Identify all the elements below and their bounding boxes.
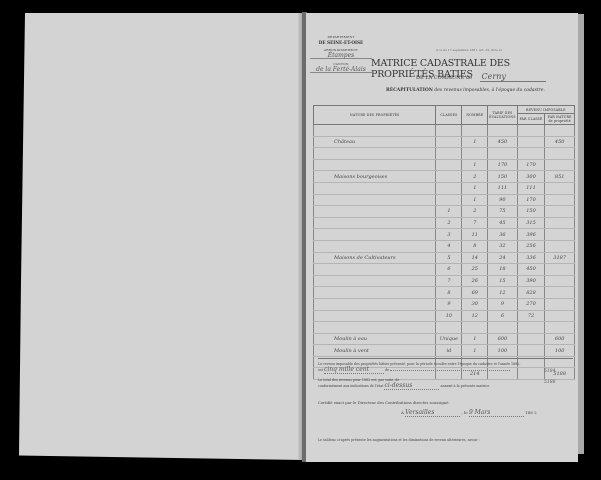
canton-value: de la Ferté-Alais <box>310 67 372 73</box>
cell-tarif: 170 <box>488 159 518 171</box>
cell-tarif: 32 <box>488 240 518 252</box>
cell-classe: 3 <box>436 229 462 241</box>
cell-nature <box>314 310 436 322</box>
cell-classe <box>436 136 462 148</box>
cell-nombre: 14 <box>462 252 488 264</box>
table-row: 1111111 <box>314 182 575 194</box>
cell-par-nature <box>545 182 575 194</box>
cell-tarif: 150 <box>488 171 518 183</box>
cell-nombre: 2 <box>462 206 488 218</box>
cell-par-nature: 100 <box>545 345 575 357</box>
col-tarif: TARIF DES ÉVALUATIONS <box>488 106 518 125</box>
cell-classe: 5 <box>436 252 462 264</box>
cell-par-classe <box>517 148 545 160</box>
cell-tarif: 6 <box>488 310 518 322</box>
cell-tarif <box>488 322 518 334</box>
cell-par-classe: 315 <box>517 217 545 229</box>
value-2: 5188 <box>544 380 555 385</box>
cell-par-classe: 396 <box>517 229 545 241</box>
cell-classe <box>436 125 462 137</box>
cell-par-nature <box>545 322 575 334</box>
table-row: 62518450 <box>314 264 575 276</box>
cell-nature <box>314 194 436 206</box>
cell-classe: 6 <box>436 264 462 276</box>
place-value: Versailles <box>405 409 460 417</box>
cell-par-nature <box>545 229 575 241</box>
cell-tarif: 18 <box>488 264 518 276</box>
cell-par-nature <box>545 240 575 252</box>
cell-nombre: 26 <box>462 275 488 287</box>
value-1: 5184 <box>544 369 555 374</box>
recap-bold: RÉCAPITULATION <box>386 88 433 93</box>
commune-value: Cerny <box>480 72 546 82</box>
cell-par-classe: 270 <box>517 298 545 310</box>
table-row <box>314 148 575 160</box>
cell-par-classe: 111 <box>517 182 545 194</box>
cell-par-nature <box>545 159 575 171</box>
cell-tarif: 75 <box>488 206 518 218</box>
cell-nature: Château <box>314 136 436 148</box>
right-page: DÉPARTEMENT DE SEINE-ET-OISE ARRONDISSEM… <box>306 13 578 468</box>
cell-par-classe <box>517 136 545 148</box>
cell-par-nature <box>545 275 575 287</box>
year-value: 188 2 <box>525 410 536 415</box>
cell-classe <box>436 171 462 183</box>
recap-table: NATURE DES PROPRIÉTÉS CLASSES NOMBRE TAR… <box>313 105 575 380</box>
cell-par-classe <box>517 345 545 357</box>
dotted-leader <box>390 370 510 371</box>
col-nature: NATURE DES PROPRIÉTÉS <box>314 106 436 125</box>
cell-par-nature <box>545 298 575 310</box>
cell-tarif: 36 <box>488 229 518 241</box>
cell-classe: id <box>436 345 462 357</box>
cell-par-classe: 150 <box>517 206 545 218</box>
cell-tarif: 45 <box>488 217 518 229</box>
cell-par-nature: 3187 <box>545 252 575 264</box>
cell-classe: 8 <box>436 287 462 299</box>
cell-nature <box>314 298 436 310</box>
cell-classe: 9 <box>436 298 462 310</box>
footer-note: Le tableau ci-après présente les augment… <box>318 438 480 442</box>
scan-border-bottom <box>0 462 601 480</box>
cell-par-classe: 390 <box>517 275 545 287</box>
cell-nombre: 1 <box>462 333 488 345</box>
cell-par-classe: 256 <box>517 240 545 252</box>
cell-classe <box>436 322 462 334</box>
cell-nature: Maisons de Cultivateurs <box>314 252 436 264</box>
table-row: 1170170 <box>314 159 575 171</box>
cell-nature <box>314 229 436 241</box>
signature-line: À Versailles , le 9 Mars 188 2 <box>401 409 537 417</box>
recap-rest: des revenus imposables, à l'époque du ca… <box>434 88 545 93</box>
cell-tarif <box>488 125 518 137</box>
cell-nombre <box>462 322 488 334</box>
left-page-blank <box>19 13 304 460</box>
cell-par-nature: 600 <box>545 333 575 345</box>
cell-nombre: 12 <box>462 310 488 322</box>
cell-nature <box>314 287 436 299</box>
table-row: Moulin à ventid1100100 <box>314 345 575 357</box>
cell-nature: Moulin à eau <box>314 333 436 345</box>
cell-tarif: 600 <box>488 333 518 345</box>
cell-nombre: 30 <box>462 298 488 310</box>
cell-nombre: 8 <box>462 240 488 252</box>
cell-par-classe: 170 <box>517 194 545 206</box>
cell-nature <box>314 275 436 287</box>
cell-nature <box>314 240 436 252</box>
footer-line1b-prefix: est <box>318 368 323 372</box>
cell-tarif: 15 <box>488 275 518 287</box>
col-group-revenu: REVENU IMPOSABLE <box>517 106 574 114</box>
cell-par-classe <box>517 333 545 345</box>
cell-classe: 10 <box>436 310 462 322</box>
cell-par-nature: 450 <box>545 136 575 148</box>
cell-nombre: 25 <box>462 264 488 276</box>
scan-border-top <box>0 0 601 12</box>
footer-line3-suffix: annexé à la présente matrice. <box>441 384 491 388</box>
cell-classe: 4 <box>436 240 462 252</box>
department-name: DE SEINE-ET-OISE <box>310 40 372 45</box>
cell-nature <box>314 159 436 171</box>
cell-tarif: 12 <box>488 287 518 299</box>
col-par-classe: PAR CLASSE <box>517 114 545 125</box>
cell-par-classe: 450 <box>517 264 545 276</box>
table-row: Maisons de Cultivateurs514243363187 <box>314 252 575 264</box>
cell-tarif: 90 <box>488 194 518 206</box>
footer-line1b-handwritten: cinq mille cent <box>324 366 384 374</box>
table-row: 72615390 <box>314 275 575 287</box>
col-nombre: NOMBRE <box>462 106 488 125</box>
cell-nombre: 1 <box>462 159 488 171</box>
table-row: 31136396 <box>314 229 575 241</box>
commune-label: DE LA COMMUNE de <box>416 75 472 81</box>
table-row: 9309270 <box>314 298 575 310</box>
cell-par-nature <box>545 194 575 206</box>
cell-nature <box>314 125 436 137</box>
table-row: 4832256 <box>314 240 575 252</box>
table-row: Moulin à eauUnique1600600 <box>314 333 575 345</box>
recap-heading: RÉCAPITULATION des revenus imposables, à… <box>386 88 545 93</box>
cell-par-nature <box>545 217 575 229</box>
cell-par-nature <box>545 125 575 137</box>
cell-classe: 2 <box>436 217 462 229</box>
cell-nombre: 7 <box>462 217 488 229</box>
cell-par-nature: 851 <box>545 171 575 183</box>
cell-nature: Maisons bourgeoises <box>314 171 436 183</box>
commune-line: DE LA COMMUNE de Cerny <box>416 72 546 81</box>
place-prefix: À <box>401 410 404 415</box>
footer-line1: Le revenu imposable des propriétés bâtie… <box>318 358 573 374</box>
cell-par-classe: 300 <box>517 171 545 183</box>
table-row: 1275150 <box>314 206 575 218</box>
cell-nombre: 2 <box>462 171 488 183</box>
cell-classe: 7 <box>436 275 462 287</box>
cell-tarif: 111 <box>488 182 518 194</box>
cell-classe <box>436 159 462 171</box>
footer-line3-prefix: conformément aux indications de l'état <box>318 384 383 388</box>
cell-tarif: 9 <box>488 298 518 310</box>
date-value: 9 Mars <box>469 409 524 417</box>
footer-line1b-mid: de <box>385 368 389 372</box>
table-row <box>314 125 575 137</box>
cell-par-classe <box>517 125 545 137</box>
cell-par-nature <box>545 148 575 160</box>
cell-tarif: 450 <box>488 136 518 148</box>
col-classes: CLASSES <box>436 106 462 125</box>
cell-par-nature <box>545 287 575 299</box>
footer-line2: Le total des revenus pour 1882 est, par … <box>318 378 490 390</box>
table-row: 2745315 <box>314 217 575 229</box>
cell-par-classe: 72 <box>517 310 545 322</box>
footer-line3-handwritten: ci-dessus <box>384 382 439 390</box>
cell-classe <box>436 194 462 206</box>
cell-nature <box>314 182 436 194</box>
cell-nature <box>314 217 436 229</box>
admin-header: DÉPARTEMENT DE SEINE-ET-OISE ARRONDISSEM… <box>310 35 372 73</box>
cell-par-classe <box>517 322 545 334</box>
table-row: 1012672 <box>314 310 575 322</box>
date-prefix: , le <box>461 410 467 415</box>
cell-par-classe: 336 <box>517 252 545 264</box>
cell-nombre: 1 <box>462 345 488 357</box>
certified-text: Certifié exact par le Directeur des Cont… <box>318 400 450 405</box>
cell-nature: Moulin à vent <box>314 345 436 357</box>
table-row: 190170 <box>314 194 575 206</box>
cell-par-nature <box>545 264 575 276</box>
table-row <box>314 322 575 334</box>
cell-nature <box>314 322 436 334</box>
col-par-nature: PAR NATURE de propriété <box>545 114 575 125</box>
cell-nombre: 11 <box>462 229 488 241</box>
table-row: Château1450450 <box>314 136 575 148</box>
table-row: Maisons bourgeoises2150300851 <box>314 171 575 183</box>
cell-par-nature <box>545 310 575 322</box>
cell-tarif: 100 <box>488 345 518 357</box>
cell-nombre: 1 <box>462 136 488 148</box>
cell-par-nature <box>545 206 575 218</box>
cell-classe <box>436 148 462 160</box>
cell-tarif: 24 <box>488 252 518 264</box>
cell-nombre <box>462 148 488 160</box>
arrondissement-value: Étampes <box>310 53 372 59</box>
cell-nature <box>314 148 436 160</box>
table-row: 86912828 <box>314 287 575 299</box>
cell-nombre: 1 <box>462 194 488 206</box>
cell-nature <box>314 264 436 276</box>
cell-par-classe: 170 <box>517 159 545 171</box>
cell-tarif <box>488 148 518 160</box>
cell-classe: Unique <box>436 333 462 345</box>
cell-nombre <box>462 125 488 137</box>
cell-classe <box>436 182 462 194</box>
decree-note: (Loi du 17 septembre 1881, art. 32, titr… <box>436 48 502 52</box>
cell-par-classe: 828 <box>517 287 545 299</box>
cell-nombre: 69 <box>462 287 488 299</box>
cell-nombre: 1 <box>462 182 488 194</box>
cell-classe: 1 <box>436 206 462 218</box>
cell-nature <box>314 206 436 218</box>
